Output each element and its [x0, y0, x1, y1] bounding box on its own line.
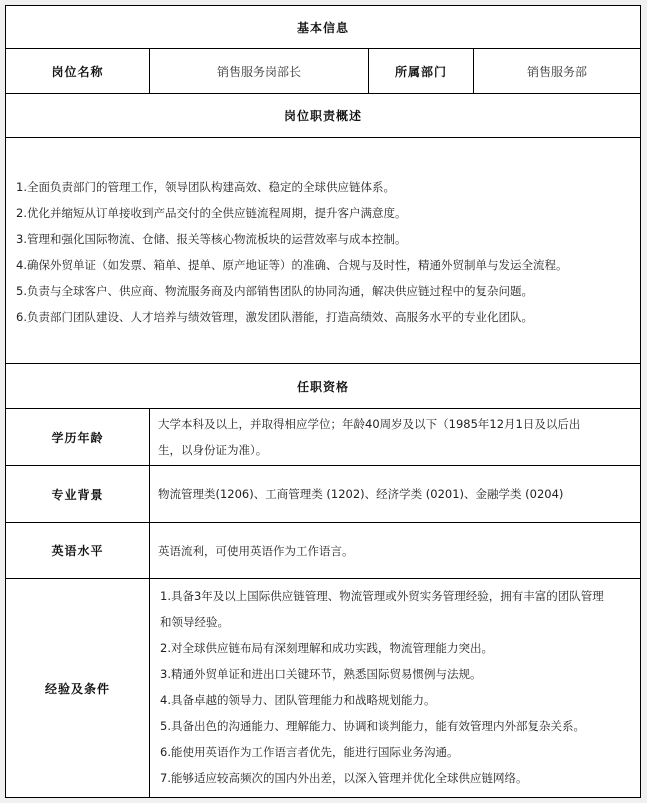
- experience-line: 6.能使用英语作为工作语言者优先，能进行国际业务沟通。: [160, 739, 632, 765]
- education-line: 大学本科及以上，并取得相应学位；年龄40周岁及以下（1985年12月1日及以后出: [158, 411, 632, 437]
- major-label-cell: 专业背景: [6, 466, 150, 522]
- duties-header-cell: 岗位职责概述: [6, 94, 640, 137]
- experience-line: 和领导经验。: [160, 609, 632, 635]
- basic-info-title: 基本信息: [297, 19, 349, 36]
- position-value-cell: 销售服务岗部长: [150, 49, 369, 93]
- qualifications-header-cell: 任职资格: [6, 364, 640, 408]
- experience-line: 5.具备出色的沟通能力、理解能力、协调和谈判能力，能有效管理内外部复杂关系。: [160, 713, 632, 739]
- duties-title: 岗位职责概述: [284, 107, 362, 124]
- major-row: 专业背景 物流管理类(1206)、工商管理类 (1202)、经济学类 (0201…: [6, 466, 640, 523]
- basic-info-header-row: 基本信息: [6, 6, 640, 49]
- department-label-cell: 所属部门: [369, 49, 474, 93]
- experience-line: 1.具备3年及以上国际供应链管理、物流管理或外贸实务管理经验，拥有丰富的团队管理: [160, 583, 632, 609]
- experience-label-cell: 经验及条件: [6, 579, 150, 797]
- major-value-cell: 物流管理类(1206)、工商管理类 (1202)、经济学类 (0201)、金融学…: [150, 466, 640, 522]
- position-row: 岗位名称 销售服务岗部长 所属部门 销售服务部: [6, 49, 640, 94]
- experience-line: 3.精通外贸单证和进出口关键环节，熟悉国际贸易惯例与法规。: [160, 661, 632, 687]
- department-value-cell: 销售服务部: [474, 49, 640, 93]
- position-label: 岗位名称: [51, 63, 103, 80]
- job-description-table: 基本信息 岗位名称 销售服务岗部长 所属部门 销售服务部 岗位职责概述 1.全面…: [5, 5, 641, 798]
- duties-content-row: 1.全面负责部门的管理工作，领导团队构建高效、稳定的全球供应链体系。 2.优化并…: [6, 138, 640, 364]
- education-label: 学历年龄: [51, 429, 103, 446]
- qualifications-title: 任职资格: [297, 378, 349, 395]
- major-value: 物流管理类(1206)、工商管理类 (1202)、经济学类 (0201)、金融学…: [158, 481, 563, 507]
- english-label: 英语水平: [51, 542, 103, 559]
- duty-item: 6.负责部门团队建设、人才培养与绩效管理，激发团队潜能，打造高绩效、高服务水平的…: [16, 304, 567, 330]
- qualifications-header-row: 任职资格: [6, 364, 640, 409]
- english-row: 英语水平 英语流利，可使用英语作为工作语言。: [6, 523, 640, 579]
- experience-value-cell: 1.具备3年及以上国际供应链管理、物流管理或外贸实务管理经验，拥有丰富的团队管理…: [150, 579, 640, 797]
- duty-item: 2.优化并缩短从订单接收到产品交付的全供应链流程周期，提升客户满意度。: [16, 200, 567, 226]
- duties-header-row: 岗位职责概述: [6, 94, 640, 138]
- experience-line: 2.对全球供应链布局有深刻理解和成功实践，物流管理能力突出。: [160, 635, 632, 661]
- experience-row: 经验及条件 1.具备3年及以上国际供应链管理、物流管理或外贸实务管理经验，拥有丰…: [6, 579, 640, 797]
- experience-line: 4.具备卓越的领导力、团队管理能力和战略规划能力。: [160, 687, 632, 713]
- duties-list: 1.全面负责部门的管理工作，领导团队构建高效、稳定的全球供应链体系。 2.优化并…: [16, 174, 567, 330]
- duty-item: 4.确保外贸单证（如发票、箱单、提单、原产地证等）的准确、合规与及时性，精通外贸…: [16, 252, 567, 278]
- duty-item: 5.负责与全球客户、供应商、物流服务商及内部销售团队的协同沟通，解决供应链过程中…: [16, 278, 567, 304]
- duty-item: 1.全面负责部门的管理工作，领导团队构建高效、稳定的全球供应链体系。: [16, 174, 567, 200]
- basic-info-header-cell: 基本信息: [6, 6, 640, 48]
- english-value-cell: 英语流利，可使用英语作为工作语言。: [150, 523, 640, 578]
- education-value-cell: 大学本科及以上，并取得相应学位；年龄40周岁及以下（1985年12月1日及以后出…: [150, 409, 640, 465]
- english-value: 英语流利，可使用英语作为工作语言。: [158, 538, 354, 564]
- position-value: 销售服务岗部长: [217, 63, 301, 80]
- duty-item: 3.管理和强化国际物流、仓储、报关等核心物流板块的运营效率与成本控制。: [16, 226, 567, 252]
- education-row: 学历年龄 大学本科及以上，并取得相应学位；年龄40周岁及以下（1985年12月1…: [6, 409, 640, 466]
- education-label-cell: 学历年龄: [6, 409, 150, 465]
- department-label: 所属部门: [395, 63, 447, 80]
- experience-label: 经验及条件: [45, 680, 110, 697]
- department-value: 销售服务部: [527, 63, 587, 80]
- english-label-cell: 英语水平: [6, 523, 150, 578]
- position-label-cell: 岗位名称: [6, 49, 150, 93]
- major-label: 专业背景: [51, 486, 103, 503]
- experience-line: 7.能够适应较高频次的国内外出差，以深入管理并优化全球供应链网络。: [160, 765, 632, 791]
- education-line: 生，以身份证为准）。: [158, 437, 632, 463]
